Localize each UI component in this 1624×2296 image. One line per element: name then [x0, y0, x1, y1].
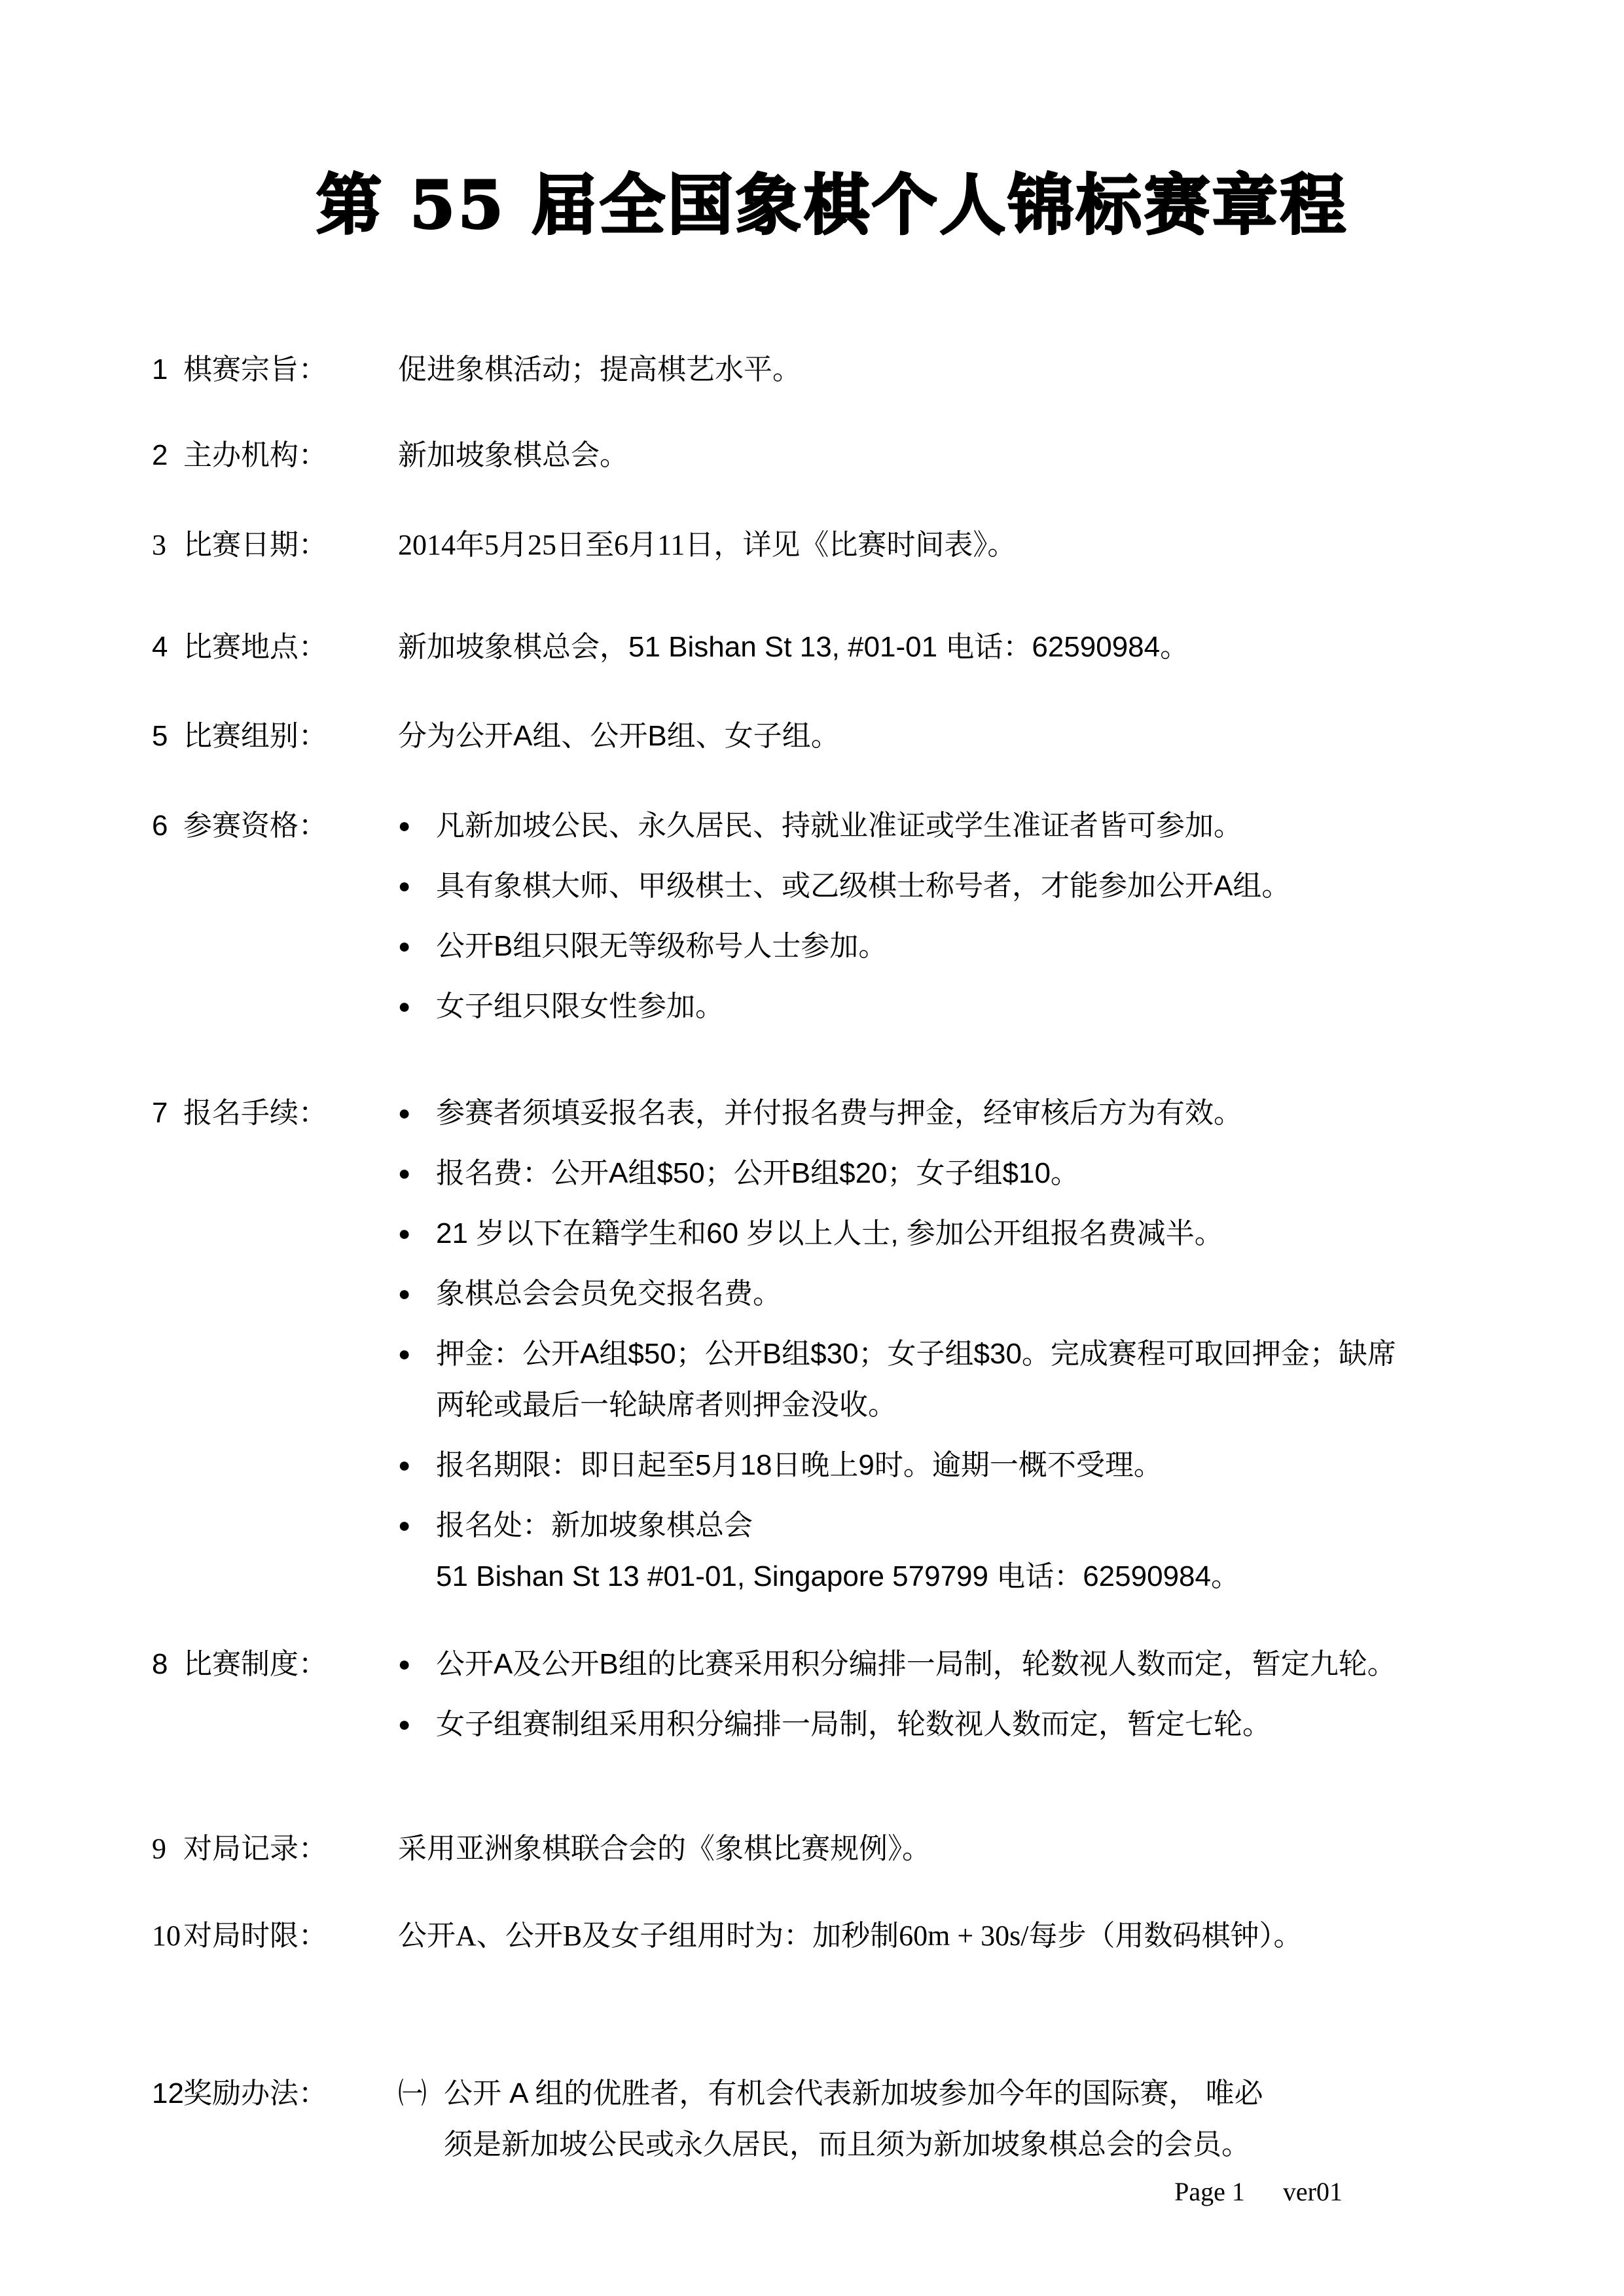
section-text: 分为公开A组、公开B组、女子组。: [398, 717, 1513, 756]
list-item: ● 凡新加坡公民、永久居民、持就业准证或学生准证者皆可参加。: [398, 806, 1513, 846]
bullet-text: 凡新加坡公民、永久居民、持就业准证或学生准证者皆可参加。: [436, 806, 1513, 846]
section-content: 采用亚洲象棋联合会的《象棋比赛规例》。: [398, 1829, 1513, 1869]
list-item: ● 报名费：公开A组$50；公开B组$20；女子组$10。: [398, 1154, 1513, 1193]
section-text: 新加坡象棋总会。: [398, 436, 1513, 475]
section-8-format: 8 比赛制度： ● 公开A及公开B组的比赛采用积分编排一局制，轮数视人数而定，暂…: [152, 1645, 1513, 1744]
list-item: ● 具有象棋大师、甲级棋士、或乙级棋士称号者，才能参加公开A组。: [398, 867, 1513, 906]
section-number: 3: [152, 526, 183, 565]
section-number: 9: [152, 1829, 183, 1869]
page-footer: Page 1ver01: [1174, 2174, 1343, 2210]
section-label: 参赛资格：: [183, 806, 398, 846]
list-item: ● 象棋总会会员免交报名费。: [398, 1274, 1513, 1314]
list-item: ● 押金：公开A组$50；公开B组$30；女子组$30。完成赛程可取回押金；缺席…: [398, 1335, 1513, 1425]
page-number: Page 1: [1174, 2177, 1245, 2206]
list-item: ● 报名期限：即日起至5月18日晚上9时。逾期一概不受理。: [398, 1446, 1513, 1485]
bullet-icon: ●: [398, 1154, 436, 1192]
section-9-recording: 9 对局记录： 采用亚洲象棋联合会的《象棋比赛规例》。: [152, 1829, 1513, 1869]
section-label: 比赛制度：: [183, 1645, 398, 1684]
bullet-list: ● 公开A及公开B组的比赛采用积分编排一局制，轮数视人数而定，暂定九轮。 ● 女…: [398, 1645, 1513, 1744]
section-content: 新加坡象棋总会，51 Bishan St 13, #01-01 电话：62590…: [398, 628, 1513, 667]
section-number: 8: [152, 1645, 183, 1684]
page-title: 第 55 届全国象棋个人锦标赛章程: [152, 162, 1513, 247]
bullet-list: ● 参赛者须填妥报名表，并付报名费与押金，经审核后方为有效。 ● 报名费：公开A…: [398, 1094, 1513, 1596]
list-item: ● 公开A及公开B组的比赛采用积分编排一局制，轮数视人数而定，暂定九轮。: [398, 1645, 1513, 1684]
list-item: ● 女子组赛制组采用积分编排一局制，轮数视人数而定，暂定七轮。: [398, 1705, 1513, 1744]
section-label: 比赛地点：: [183, 628, 398, 667]
section-1-purpose: 1 棋赛宗旨： 促进象棋活动；提高棋艺水平。: [152, 350, 1513, 389]
bullet-icon: ●: [398, 1274, 436, 1312]
section-number: 5: [152, 717, 183, 756]
bullet-text: 女子组赛制组采用积分编排一局制，轮数视人数而定，暂定七轮。: [436, 1705, 1513, 1744]
section-content: ㈠ 公开 A 组的优胜者，有机会代表新加坡参加今年的国际赛， 唯必 须是新加坡公…: [398, 2074, 1513, 2164]
bullet-text: 参赛者须填妥报名表，并付报名费与押金，经审核后方为有效。: [436, 1094, 1513, 1133]
section-content: 促进象棋活动；提高棋艺水平。: [398, 350, 1513, 389]
bullet-text: 报名期限：即日起至5月18日晚上9时。逾期一概不受理。: [436, 1446, 1513, 1485]
bullet-icon: ●: [398, 927, 436, 965]
bullet-icon: ●: [398, 1094, 436, 1132]
section-content: 分为公开A组、公开B组、女子组。: [398, 717, 1513, 756]
bullet-text: 具有象棋大师、甲级棋士、或乙级棋士称号者，才能参加公开A组。: [436, 867, 1513, 906]
section-number: 1: [152, 350, 183, 389]
section-content: 新加坡象棋总会。: [398, 436, 1513, 475]
bullet-icon: ●: [398, 1705, 436, 1743]
bullet-text: 象棋总会会员免交报名费。: [436, 1274, 1513, 1314]
section-label: 比赛组别：: [183, 717, 398, 756]
section-label: 对局时限：: [183, 1916, 398, 1956]
bullet-text: 公开B组只限无等级称号人士参加。: [436, 927, 1513, 966]
section-label: 报名手续：: [183, 1094, 398, 1133]
list-item: ㈠ 公开 A 组的优胜者，有机会代表新加坡参加今年的国际赛， 唯必 须是新加坡公…: [398, 2074, 1513, 2164]
bullet-text: 两轮或最后一轮缺席者则押金没收。: [436, 1386, 1513, 1425]
bullet-text: 女子组只限女性参加。: [436, 987, 1513, 1026]
section-5-groups: 5 比赛组别： 分为公开A组、公开B组、女子组。: [152, 717, 1513, 756]
section-text: 须是新加坡公民或永久居民，而且须为新加坡象棋总会的会员。: [444, 2125, 1513, 2164]
bullet-icon: ●: [398, 1214, 436, 1252]
section-label: 对局记录：: [183, 1829, 398, 1869]
list-item: ● 公开B组只限无等级称号人士参加。: [398, 927, 1513, 966]
section-6-eligibility: 6 参赛资格： ● 凡新加坡公民、永久居民、持就业准证或学生准证者皆可参加。 ●…: [152, 806, 1513, 1026]
section-label: 奖励办法：: [183, 2074, 398, 2113]
version-label: ver01: [1283, 2177, 1343, 2206]
section-content: 公开A、公开B及女子组用时为：加秒制60m + 30s/每步（用数码棋钟）。: [398, 1916, 1513, 1956]
section-text: 新加坡象棋总会，51 Bishan St 13, #01-01 电话：62590…: [398, 628, 1513, 667]
bullet-icon: ●: [398, 1506, 436, 1544]
section-label: 棋赛宗旨：: [183, 350, 398, 389]
bullet-icon: ●: [398, 1645, 436, 1683]
section-text: 公开 A 组的优胜者，有机会代表新加坡参加今年的国际赛， 唯必: [444, 2074, 1513, 2113]
section-text: 采用亚洲象棋联合会的《象棋比赛规例》。: [398, 1829, 1513, 1869]
bullet-icon: ●: [398, 987, 436, 1025]
bullet-icon: ●: [398, 867, 436, 905]
bullet-icon: ●: [398, 1446, 436, 1484]
bullet-text: 报名处：新加坡象棋总会: [436, 1506, 1513, 1545]
section-label: 比赛日期：: [183, 526, 398, 565]
list-item: ● 女子组只限女性参加。: [398, 987, 1513, 1026]
section-text: 促进象棋活动；提高棋艺水平。: [398, 350, 1513, 389]
section-12-awards: 12 奖励办法： ㈠ 公开 A 组的优胜者，有机会代表新加坡参加今年的国际赛， …: [152, 2074, 1513, 2164]
document-page: 第 55 届全国象棋个人锦标赛章程 1 棋赛宗旨： 促进象棋活动；提高棋艺水平。…: [0, 0, 1624, 2296]
section-number: 7: [152, 1094, 183, 1133]
bullet-icon: ●: [398, 1335, 436, 1372]
bullet-list: ● 凡新加坡公民、永久居民、持就业准证或学生准证者皆可参加。 ● 具有象棋大师、…: [398, 806, 1513, 1026]
item-marker: ㈠: [398, 2074, 444, 2113]
bullet-text: 51 Bishan St 13 #01-01, Singapore 579799…: [436, 1557, 1513, 1596]
section-number: 2: [152, 436, 183, 475]
section-3-dates: 3 比赛日期： 2014年5月25日至6月11日，详见《比赛时间表》。: [152, 526, 1513, 565]
section-number: 12: [152, 2074, 183, 2113]
list-item: ● 参赛者须填妥报名表，并付报名费与押金，经审核后方为有效。: [398, 1094, 1513, 1133]
section-label: 主办机构：: [183, 436, 398, 475]
section-content: 2014年5月25日至6月11日，详见《比赛时间表》。: [398, 526, 1513, 565]
bullet-text: 21 岁以下在籍学生和60 岁以上人士, 参加公开组报名费减半。: [436, 1214, 1513, 1253]
section-7-registration: 7 报名手续： ● 参赛者须填妥报名表，并付报名费与押金，经审核后方为有效。 ●…: [152, 1094, 1513, 1596]
bullet-icon: ●: [398, 806, 436, 844]
section-number: 4: [152, 628, 183, 667]
section-text: 2014年5月25日至6月11日，详见《比赛时间表》。: [398, 526, 1513, 565]
list-item: ● 报名处：新加坡象棋总会 51 Bishan St 13 #01-01, Si…: [398, 1506, 1513, 1596]
section-number: 6: [152, 806, 183, 846]
section-number: 10: [152, 1916, 183, 1956]
section-4-venue: 4 比赛地点： 新加坡象棋总会，51 Bishan St 13, #01-01 …: [152, 628, 1513, 667]
bullet-text: 报名费：公开A组$50；公开B组$20；女子组$10。: [436, 1154, 1513, 1193]
list-item: ● 21 岁以下在籍学生和60 岁以上人士, 参加公开组报名费减半。: [398, 1214, 1513, 1253]
bullet-text: 公开A及公开B组的比赛采用积分编排一局制，轮数视人数而定，暂定九轮。: [436, 1645, 1513, 1684]
bullet-text: 押金：公开A组$50；公开B组$30；女子组$30。完成赛程可取回押金；缺席: [436, 1335, 1513, 1374]
section-2-organizer: 2 主办机构： 新加坡象棋总会。: [152, 436, 1513, 475]
section-text: 公开A、公开B及女子组用时为：加秒制60m + 30s/每步（用数码棋钟）。: [398, 1916, 1513, 1956]
section-10-time-control: 10 对局时限： 公开A、公开B及女子组用时为：加秒制60m + 30s/每步（…: [152, 1916, 1513, 1956]
